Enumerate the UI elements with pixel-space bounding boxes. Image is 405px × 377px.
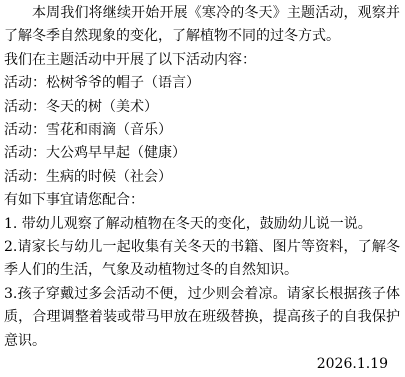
activity-item-language: 活动：松树爷爷的帽子（语言） (4, 72, 400, 95)
activities-heading: 我们在主题活动中开展了以下活动内容： (4, 49, 400, 72)
activity-item-health: 活动：大公鸡早早起（健康） (4, 142, 400, 165)
date: 2026.1.19 (4, 353, 400, 376)
cooperation-item-3: 3.孩子穿戴过多会活动不便，过少则会着凉。请家长根据孩子体质，合理调整着装或带马… (4, 283, 400, 353)
activity-item-social: 活动：生病的时候（社会） (4, 166, 400, 189)
activity-item-art: 活动：冬天的树（美术） (4, 96, 400, 119)
intro-paragraph: 本周我们将继续开始开展《寒冷的冬天》主题活动，观察并了解冬季自然现象的变化，了解… (4, 2, 400, 49)
activity-item-music: 活动：雪花和雨滴（音乐） (4, 119, 400, 142)
cooperation-item-1: 1. 带幼儿观察了解动植物在冬天的变化，鼓励幼儿说一说。 (4, 213, 400, 236)
cooperation-item-2: 2.请家长与幼儿一起收集有关冬天的书籍、图片等资料，了解冬季人们的生活，气象及动… (4, 236, 400, 283)
cooperation-heading: 有如下事宜请您配合： (4, 189, 400, 212)
notice-document: 本周我们将继续开始开展《寒冷的冬天》主题活动，观察并了解冬季自然现象的变化，了解… (0, 0, 405, 377)
